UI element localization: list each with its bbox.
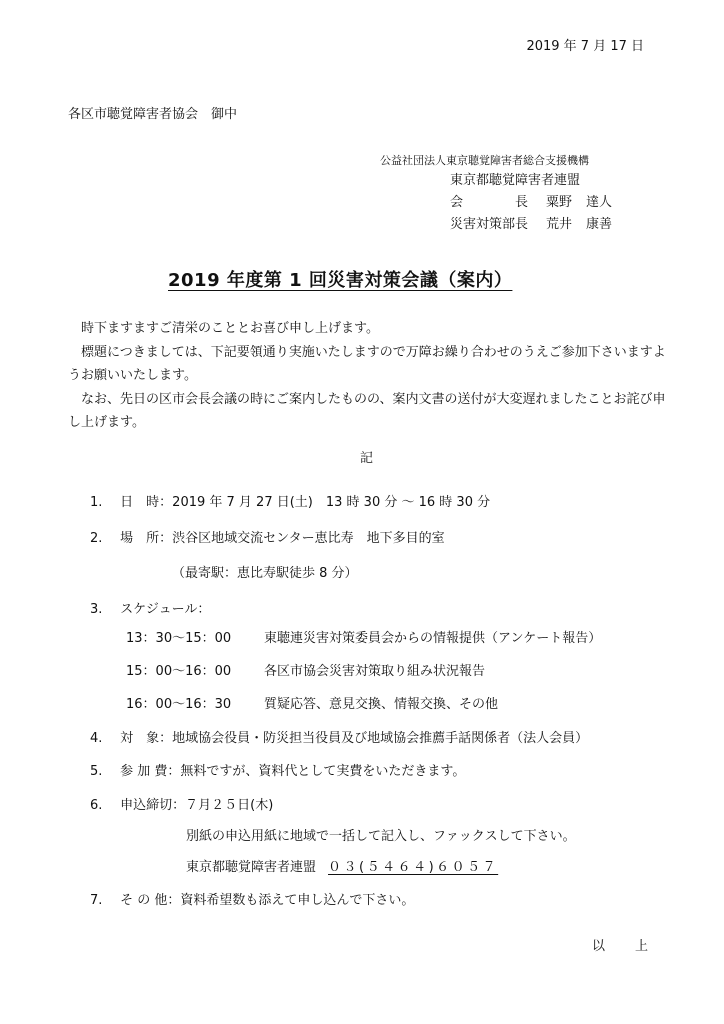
item-value: 資料希望数も添えて申し込んで下さい。 — [180, 893, 414, 908]
closing-mark: 以上 — [592, 935, 648, 954]
deadline-note: 別紙の申込用紙に地域で一括して記入し、ファックスして下さい。 — [186, 825, 576, 844]
schedule-desc: 各区市協会災害対策取り組み状況報告 — [264, 664, 485, 679]
item-label: 参 加 費 — [120, 760, 167, 779]
item-venue: 2. 場 所：渋谷区地域交流センター恵比寿 地下多目的室 — [90, 527, 445, 546]
recipient: 各区市聴覚障害者協会 御中 — [68, 103, 237, 122]
item-label: 申込締切 — [120, 794, 172, 813]
sender-federation: 東京都聴覚障害者連盟 — [450, 170, 612, 192]
fax-contact: 東京都聴覚障害者連盟０３(５４６４)６０５７ — [186, 856, 498, 875]
item-label: そ の 他 — [120, 889, 167, 908]
schedule-row: 13：30～15：00東聴連災害対策委員会からの情報提供（アンケート報告） — [126, 627, 601, 646]
schedule-desc: 東聴連災害対策委員会からの情報提供（アンケート報告） — [264, 631, 601, 646]
item-schedule: 3. スケジュール： — [90, 598, 210, 617]
item-number: 3. — [90, 602, 116, 617]
fax-number: ０３(５４６４)６０５７ — [328, 860, 498, 875]
schedule-time: 16：00～16：30 — [126, 693, 264, 712]
schedule-row: 15：00～16：00各区市協会災害対策取り組み状況報告 — [126, 660, 485, 679]
fax-organization: 東京都聴覚障害者連盟 — [186, 860, 316, 875]
signatory-role: 会 長 — [450, 192, 540, 214]
venue-nearest-station: （最寄駅：恵比寿駅徒歩 8 分） — [172, 562, 358, 581]
item-datetime: 1. 日 時：2019 年 7 月 27 日(土) 13 時 30 分 ～ 16… — [90, 491, 490, 510]
schedule-time: 13：30～15：00 — [126, 627, 264, 646]
item-value: 渋谷区地域交流センター恵比寿 地下多目的室 — [172, 531, 444, 546]
item-value: 地域協会役員・防災担当役員及び地域協会推薦手話関係者（法人会員） — [172, 731, 588, 746]
signature-block: 東京都聴覚障害者連盟 会 長 粟野 達人 災害対策部長 荒井 康善 — [450, 170, 612, 236]
schedule-row: 16：00～16：30質疑応答、意見交換、情報交換、その他 — [126, 693, 498, 712]
signatory-given-name: 達人 — [586, 192, 612, 214]
item-label: 場 所 — [120, 527, 159, 546]
document-title: 2019 年度第 1 回災害対策会議（案内） — [168, 266, 512, 292]
item-number: 6. — [90, 798, 116, 813]
signatory-given-name: 康善 — [586, 214, 612, 236]
signatory-surname: 粟野 — [546, 192, 572, 214]
signatory-row: 会 長 粟野 達人 — [450, 192, 612, 214]
item-label: 日 時 — [120, 491, 159, 510]
schedule-time: 15：00～16：00 — [126, 660, 264, 679]
signatory-surname: 荒井 — [546, 214, 572, 236]
body-paragraph: なお、先日の区市会長会議の時にご案内したものの、案内文書の送付が大変遅れましたこ… — [68, 388, 668, 435]
item-number: 4. — [90, 731, 116, 746]
item-number: 1. — [90, 495, 116, 510]
body-paragraph: 標題につきましては、下記要領通り実施いたしますので万障お繰り合わせのうえご参加下… — [68, 341, 668, 388]
body-paragraph: 時下ますますご清栄のこととお喜び申し上げます。 — [68, 317, 668, 341]
item-number: 5. — [90, 764, 116, 779]
item-value: 2019 年 7 月 27 日(土) 13 時 30 分 ～ 16 時 30 分 — [172, 495, 490, 510]
signatory-row: 災害対策部長 荒井 康善 — [450, 214, 612, 236]
document-date: 2019 年 7 月 17 日 — [526, 35, 644, 54]
sender-organization: 公益社団法人東京聴覚障害者総合支援機構 — [380, 152, 589, 168]
signatory-role: 災害対策部長 — [450, 214, 540, 236]
item-deadline: 6. 申込締切：７月２５日(木) — [90, 794, 273, 813]
item-target: 4. 対 象：地域協会役員・防災担当役員及び地域協会推薦手話関係者（法人会員） — [90, 727, 588, 746]
item-fee: 5. 参 加 費：無料ですが、資料代として実費をいただきます。 — [90, 760, 465, 779]
item-label: 対 象 — [120, 727, 159, 746]
item-value: 無料ですが、資料代として実費をいただきます。 — [180, 764, 465, 779]
item-label: スケジュール — [120, 598, 197, 617]
item-value: ７月２５日(木) — [185, 798, 273, 813]
item-number: 7. — [90, 893, 116, 908]
body-text: 時下ますますご清栄のこととお喜び申し上げます。 標題につきましては、下記要領通り… — [68, 317, 668, 435]
item-other: 7. そ の 他：資料希望数も添えて申し込んで下さい。 — [90, 889, 414, 908]
ki-heading: 記 — [360, 447, 373, 466]
schedule-desc: 質疑応答、意見交換、情報交換、その他 — [264, 697, 498, 712]
item-number: 2. — [90, 531, 116, 546]
